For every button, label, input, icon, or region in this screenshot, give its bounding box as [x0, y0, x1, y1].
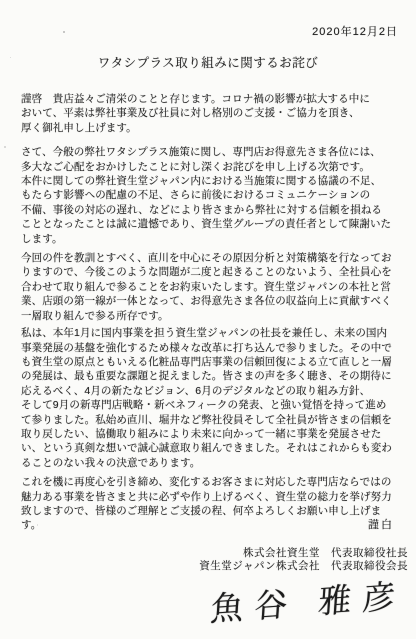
- paragraph-apology: さて、今般の弊社ワタシプラス施策に関し、専門店お得意先さま各位には、 多大なご心…: [21, 145, 398, 246]
- handwritten-signature: 魚谷 雅彦: [209, 576, 408, 630]
- paragraph-commitment: 私は、本年1月に国内事業を担う資生堂ジャパンの社長を兼任し、未来の国内 事業発展…: [21, 326, 398, 470]
- scan-speck: [37, 524, 38, 526]
- paragraph-countermeasures: 今回の件を教訓とすべく、直川を中心にその原因分析と対策構築を行なってお りますの…: [21, 251, 398, 323]
- scan-speck: [220, 56, 222, 58]
- paragraph-greeting: 謹啓 貴店益々ご清栄のことと存じます。コロナ禍の影響が拡大する中に おいて、平素…: [21, 92, 398, 135]
- closing-word: 謹白: [0, 519, 394, 532]
- letter-body: 謹啓 貴店益々ご清栄のことと存じます。コロナ禍の影響が拡大する中に おいて、平素…: [21, 92, 398, 533]
- signature-titles: 株式会社資生堂 代表取締役社長 資生堂ジャパン株式会社 代表取締役会長: [0, 547, 408, 574]
- scan-speck: [4, 146, 6, 148]
- scan-speck: [63, 31, 65, 33]
- letter-title: ワタシプラス取り組みに関するお詫び: [0, 56, 416, 70]
- scan-speck: [10, 57, 11, 58]
- scanned-apology-letter: 2020年12月2日 ワタシプラス取り組みに関するお詫び 謹啓 貴店益々ご清栄の…: [0, 0, 416, 639]
- letter-date: 2020年12月2日: [0, 26, 398, 39]
